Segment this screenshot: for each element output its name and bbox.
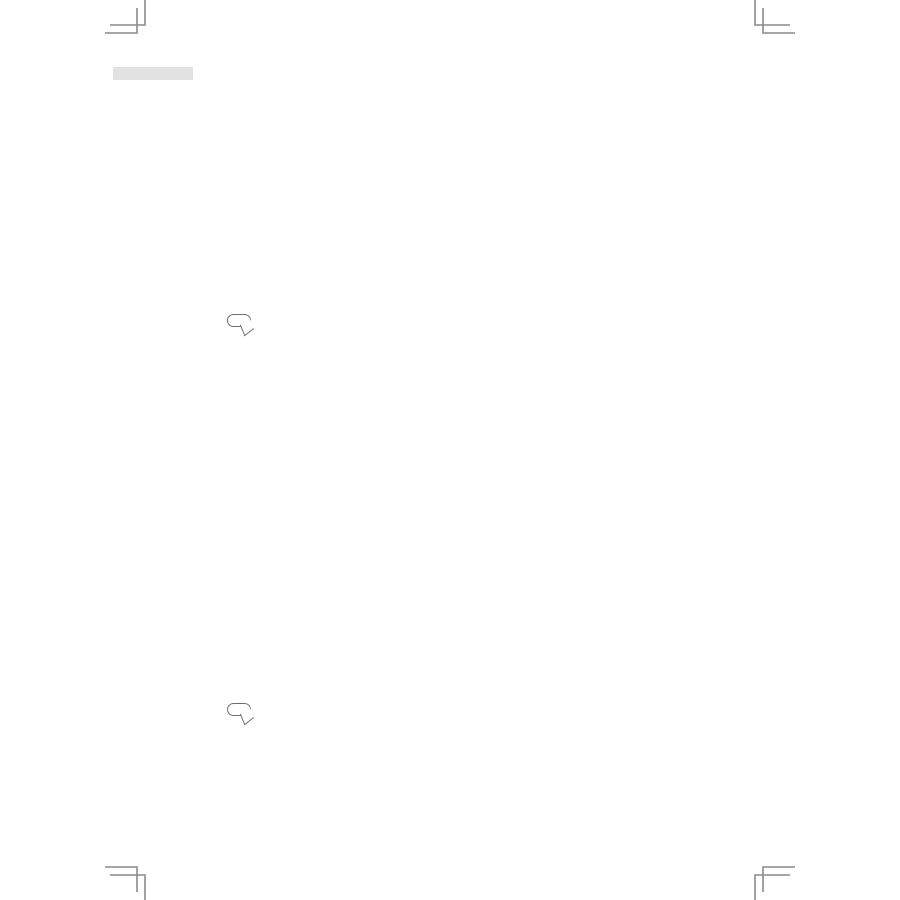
bubble-tail-icon	[240, 707, 254, 726]
page-header	[113, 60, 205, 63]
crop-mark-bottom-left-icon	[105, 860, 157, 900]
section-four-header	[227, 703, 251, 716]
section-three-header	[227, 314, 251, 327]
crop-mark-top-left-icon	[105, 0, 157, 40]
crop-mark-bottom-right-icon	[743, 860, 795, 900]
bubble-tail-icon	[240, 318, 254, 337]
crop-mark-top-right-icon	[743, 0, 795, 40]
header-swatch	[113, 67, 193, 80]
textbook-page	[0, 0, 900, 900]
